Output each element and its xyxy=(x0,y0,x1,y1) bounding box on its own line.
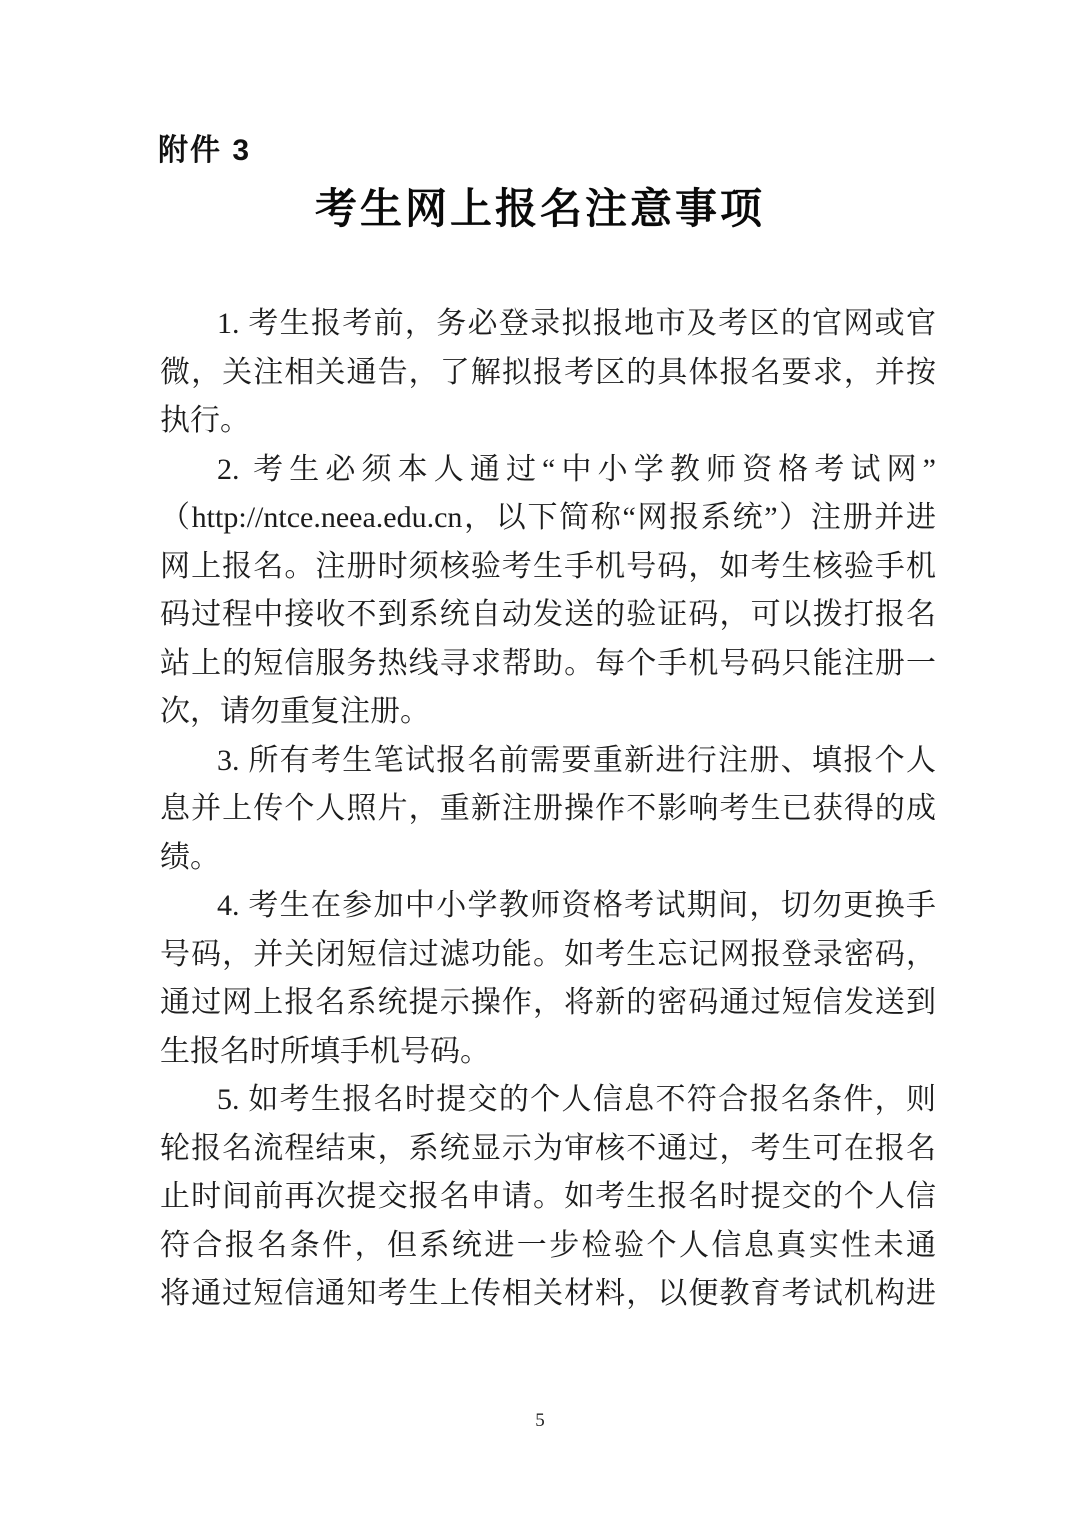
text-line: 次，请勿重复注册。 xyxy=(160,688,936,737)
page-title: 考生网上报名注意事项 xyxy=(0,184,1080,234)
attachment-label: 附件 3 xyxy=(158,133,251,169)
text-line: 微，关注相关通告，了解拟报考区的具体报名要求，并按照 xyxy=(160,349,936,398)
document-body: 1. 考生报考前，务必登录拟报地市及考区的官网或官 微，关注相关通告，了解拟报考… xyxy=(160,300,936,1319)
text-line: 符合报名条件，但系统进一步检验个人信息真实性未通过， xyxy=(160,1222,936,1271)
text-line: 息并上传个人照片，重新注册操作不影响考生已获得的成 xyxy=(160,785,936,834)
text-line: （http://ntce.neea.edu.cn，以下简称“网报系统”）注册并进… xyxy=(160,494,936,543)
text-line: 3. 所有考生笔试报名前需要重新进行注册、填报个人信 xyxy=(160,737,936,786)
text-line: 5. 如考生报名时提交的个人信息不符合报名条件，则本 xyxy=(160,1076,936,1125)
text-line: 生报名时所填手机号码。 xyxy=(160,1028,936,1077)
text-line: 执行。 xyxy=(160,397,936,446)
text-line: 站上的短信服务热线寻求帮助。每个手机号码只能注册一 xyxy=(160,640,936,689)
document-page: 附件 3 考生网上报名注意事项 1. 考生报考前，务必登录拟报地市及考区的官网或… xyxy=(0,0,1080,1528)
text-line: 止时间前再次提交报名申请。如考生报名时提交的个人信息 xyxy=(160,1173,936,1222)
page-number: 5 xyxy=(0,1410,1080,1432)
text-line: 4. 考生在参加中小学教师资格考试期间，切勿更换手机 xyxy=(160,882,936,931)
text-line: 2. 考生必须本人通过“中小学教师资格考试网” xyxy=(160,446,936,495)
text-line: 1. 考生报考前，务必登录拟报地市及考区的官网或官 xyxy=(160,300,936,349)
text-line: 轮报名流程结束，系统显示为审核不通过，考生可在报名截 xyxy=(160,1125,936,1174)
text-line: 通过网上报名系统提示操作，将新的密码通过短信发送到考 xyxy=(160,979,936,1028)
text-line: 网上报名。注册时须核验考生手机号码，如考生核验手机号 xyxy=(160,543,936,592)
text-line: 号码，并关闭短信过滤功能。如考生忘记网报登录密码，可 xyxy=(160,931,936,980)
text-line: 将通过短信通知考生上传相关材料，以便教育考试机构进行 xyxy=(160,1270,936,1319)
text-line: 绩。 xyxy=(160,834,936,883)
text-line: 码过程中接收不到系统自动发送的验证码，可以拨打报名网 xyxy=(160,591,936,640)
